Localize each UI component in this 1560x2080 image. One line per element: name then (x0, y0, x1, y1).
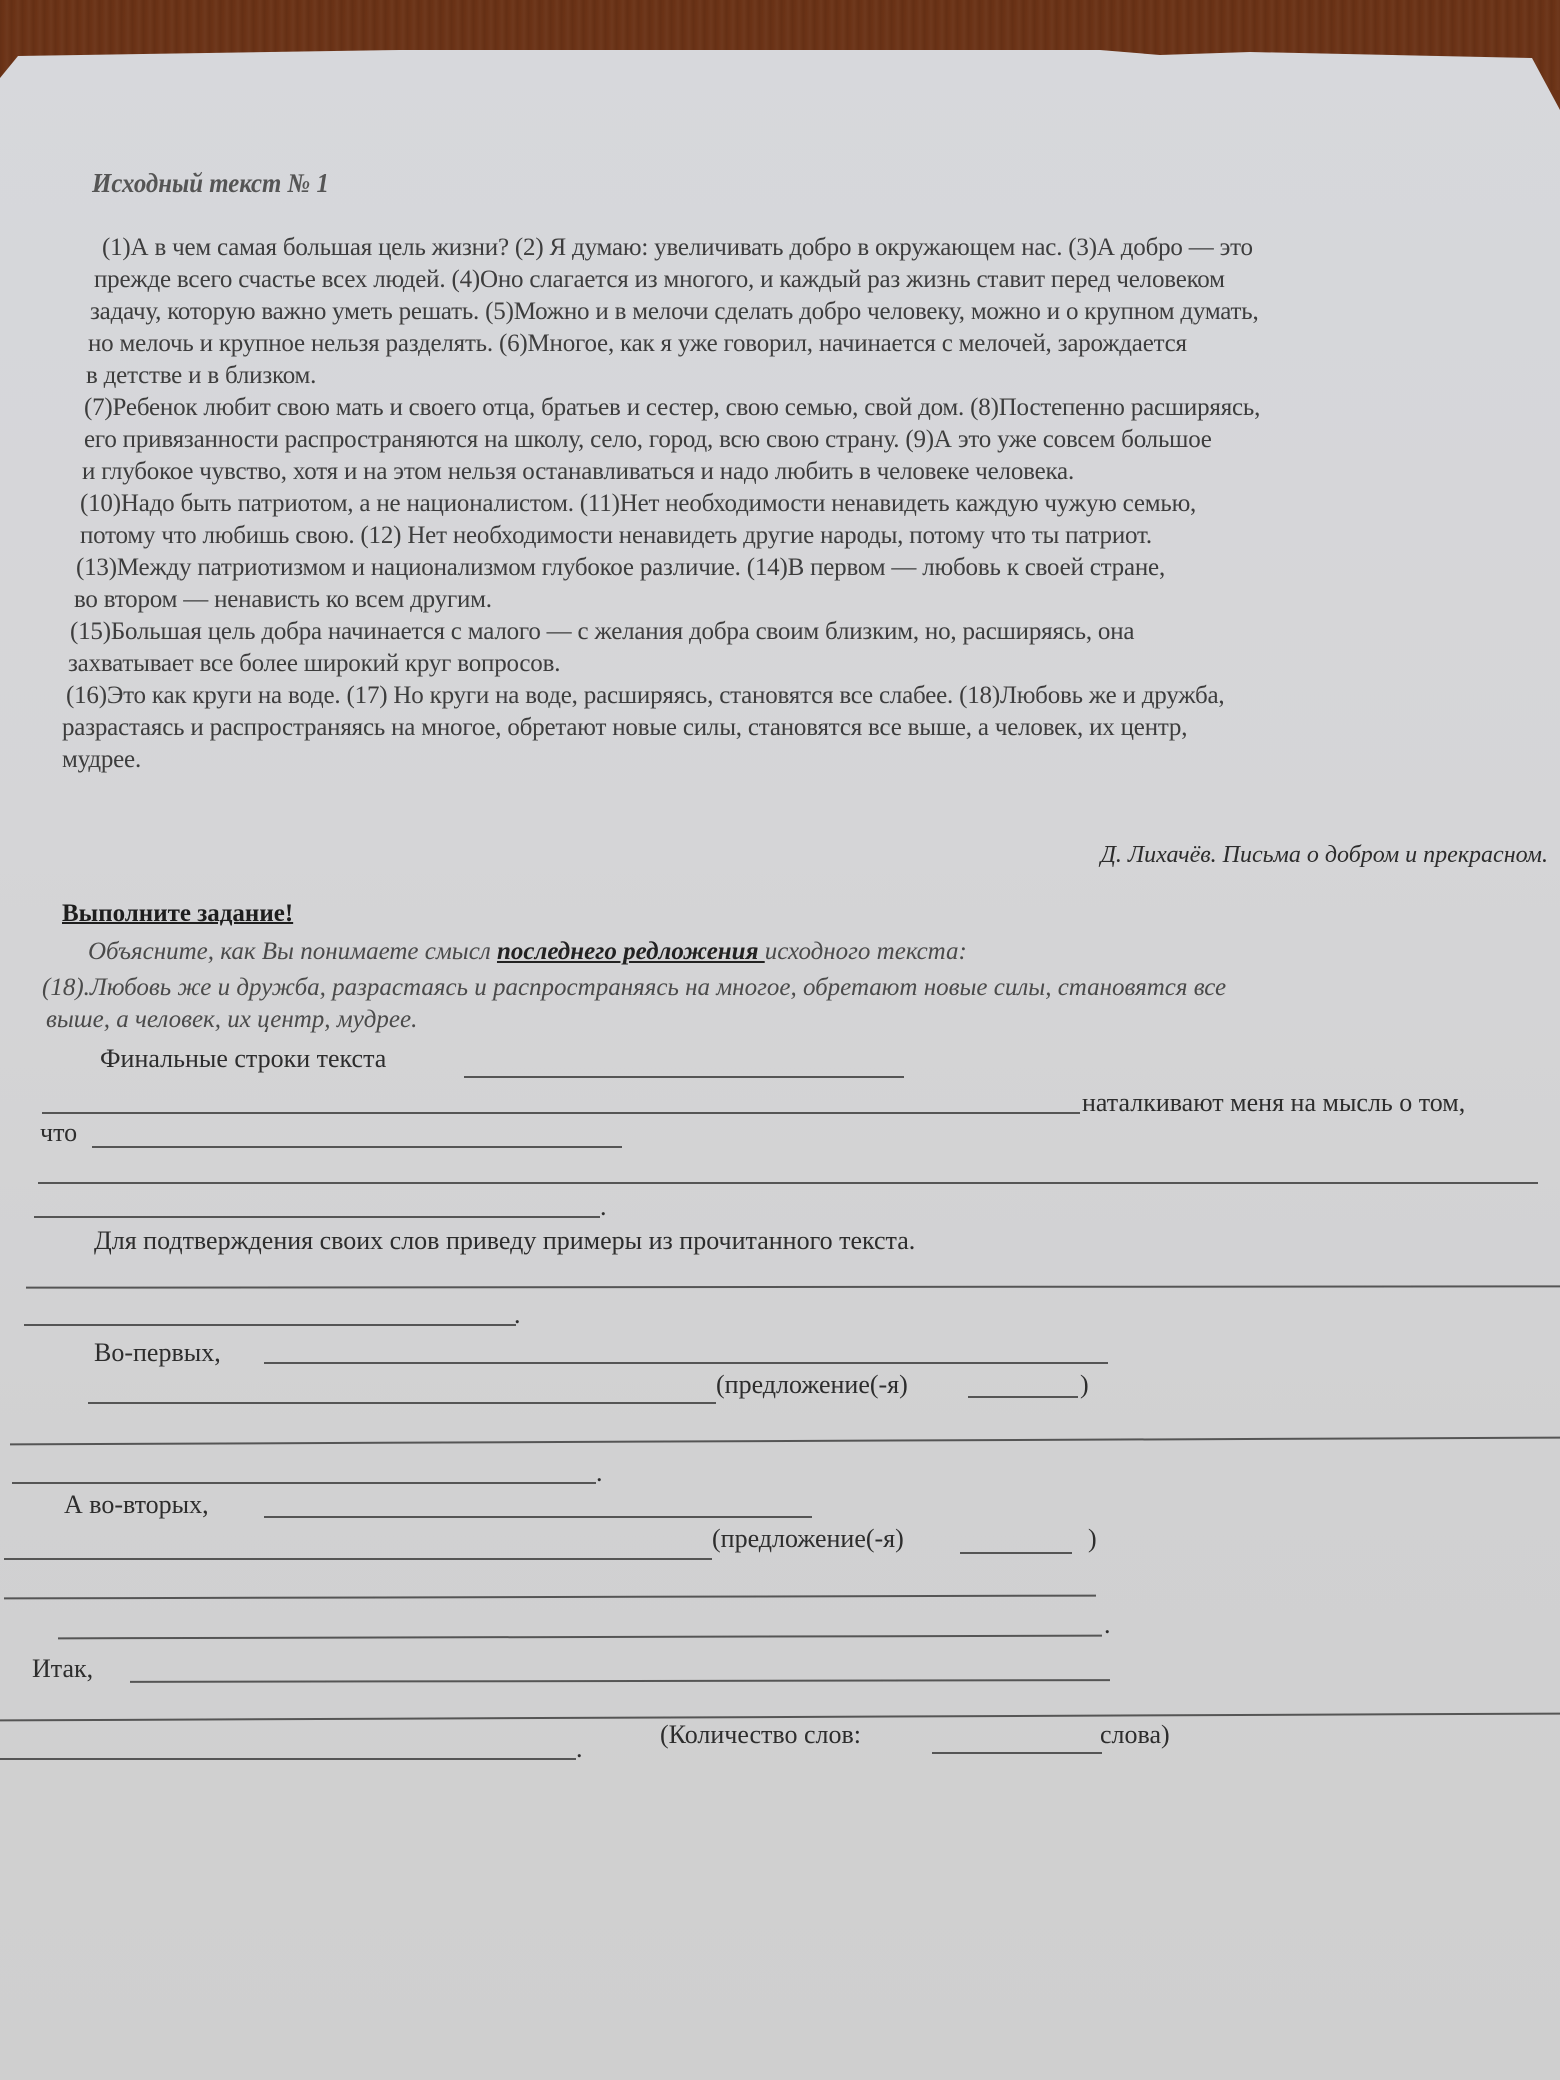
source-line: но мелочь и крупное нельзя разделять. (6… (62, 328, 1522, 360)
answer-blank-10[interactable] (4, 1595, 1096, 1600)
word-count-label: (Количество слов: (660, 1720, 861, 1750)
close-paren: ) (1088, 1524, 1097, 1554)
worksheet-paper: Исходный текст № 1 (1)А в чем самая боль… (0, 0, 1560, 2080)
period-mark: . (576, 1734, 583, 1764)
answer-blank-4[interactable] (38, 1182, 1538, 1184)
quote-line: выше, а человек, их центр, мудрее. (42, 1004, 1522, 1036)
instruction-text-end: исходного текста: (765, 938, 967, 965)
quote-line: (18).Любовь же и дружба, разрастаясь и р… (42, 972, 1522, 1004)
that-label: что (40, 1118, 77, 1148)
so-label: Итак, (32, 1654, 93, 1684)
first-example-blank-2[interactable] (88, 1402, 716, 1404)
word-count-blank[interactable] (932, 1752, 1102, 1754)
source-line: (15)Большая цель добра начинается с мало… (62, 616, 1522, 648)
answer-blank-7[interactable] (24, 1324, 516, 1326)
source-line: потому что любишь свою. (12) Нет необход… (62, 520, 1522, 552)
answer-blank-6[interactable] (26, 1285, 1560, 1288)
source-line: (7)Ребенок любит свою мать и своего отца… (62, 392, 1522, 424)
source-line: и глубокое чувство, хотя и на этом нельз… (62, 456, 1522, 488)
period-mark: . (600, 1192, 607, 1222)
close-paren: ) (1080, 1370, 1089, 1400)
answer-blank-2[interactable] (42, 1112, 1080, 1114)
answer-blank-8[interactable] (10, 1437, 1560, 1446)
quoted-sentence: (18).Любовь же и дружба, разрастаясь и р… (42, 972, 1522, 1036)
final-lines-label: Финальные строки текста (100, 1044, 386, 1074)
task-heading: Выполните задание! (62, 900, 293, 928)
source-line: во втором — ненависть ко всем другим. (62, 584, 1522, 616)
answer-blank-3[interactable] (92, 1146, 622, 1148)
source-line: разрастаясь и распространяясь на многое,… (62, 712, 1522, 744)
task-instruction: Объясните, как Вы понимаете смысл послед… (88, 938, 967, 966)
source-line: захватывает все более широкий круг вопро… (62, 648, 1522, 680)
answer-blank-9[interactable] (12, 1482, 596, 1484)
sentence-label-1: (предложение(-я) (716, 1370, 908, 1400)
second-example-blank[interactable] (264, 1516, 812, 1518)
answer-blank-1[interactable] (464, 1076, 904, 1078)
conclusion-blank[interactable] (130, 1679, 1110, 1683)
instruction-text: Объясните, как Вы понимаете смысл (88, 938, 497, 965)
source-line: (16)Это как круги на воде. (17) Но круги… (62, 680, 1522, 712)
sentence-number-blank-1[interactable] (968, 1396, 1078, 1398)
source-text-body: (1)А в чем самая большая цель жизни? (2)… (62, 232, 1522, 776)
sentence-number-blank-2[interactable] (960, 1552, 1072, 1554)
source-line: в детстве и в близком. (62, 360, 1522, 392)
source-line: (1)А в чем самая большая цель жизни? (2)… (62, 232, 1522, 264)
words-suffix: слова) (1100, 1720, 1170, 1750)
source-line: его привязанности распространяются на шк… (62, 424, 1522, 456)
source-line: задачу, которую важно уметь решать. (5)М… (62, 296, 1522, 328)
second-example-blank-2[interactable] (4, 1558, 712, 1560)
first-label: Во-первых, (94, 1338, 221, 1368)
answer-blank-5[interactable] (34, 1216, 600, 1218)
source-line: прежде всего счастье всех людей. (4)Оно … (62, 264, 1522, 296)
source-line: мудрее. (62, 744, 1522, 776)
period-mark: . (1104, 1610, 1111, 1640)
push-thought-label: наталкивают меня на мысль о том, (1082, 1088, 1465, 1118)
instruction-emphasis: последнего редложения (497, 938, 765, 965)
confirm-label: Для подтверждения своих слов приведу при… (94, 1226, 915, 1256)
first-example-blank[interactable] (264, 1362, 1108, 1364)
author-signature: Д. Лихачёв. Письма о добром и прекрасном… (1101, 842, 1548, 869)
period-mark: . (596, 1458, 603, 1488)
answer-blank-11[interactable] (58, 1635, 1102, 1640)
period-mark: . (514, 1300, 521, 1330)
source-line: (13)Между патриотизмом и национализмом г… (62, 552, 1522, 584)
sentence-label-2: (предложение(-я) (712, 1524, 904, 1554)
second-label: А во-вторых, (64, 1490, 209, 1520)
source-line: (10)Надо быть патриотом, а не националис… (62, 488, 1522, 520)
answer-blank-13[interactable] (0, 1758, 576, 1760)
source-text-title: Исходный текст № 1 (92, 168, 329, 199)
